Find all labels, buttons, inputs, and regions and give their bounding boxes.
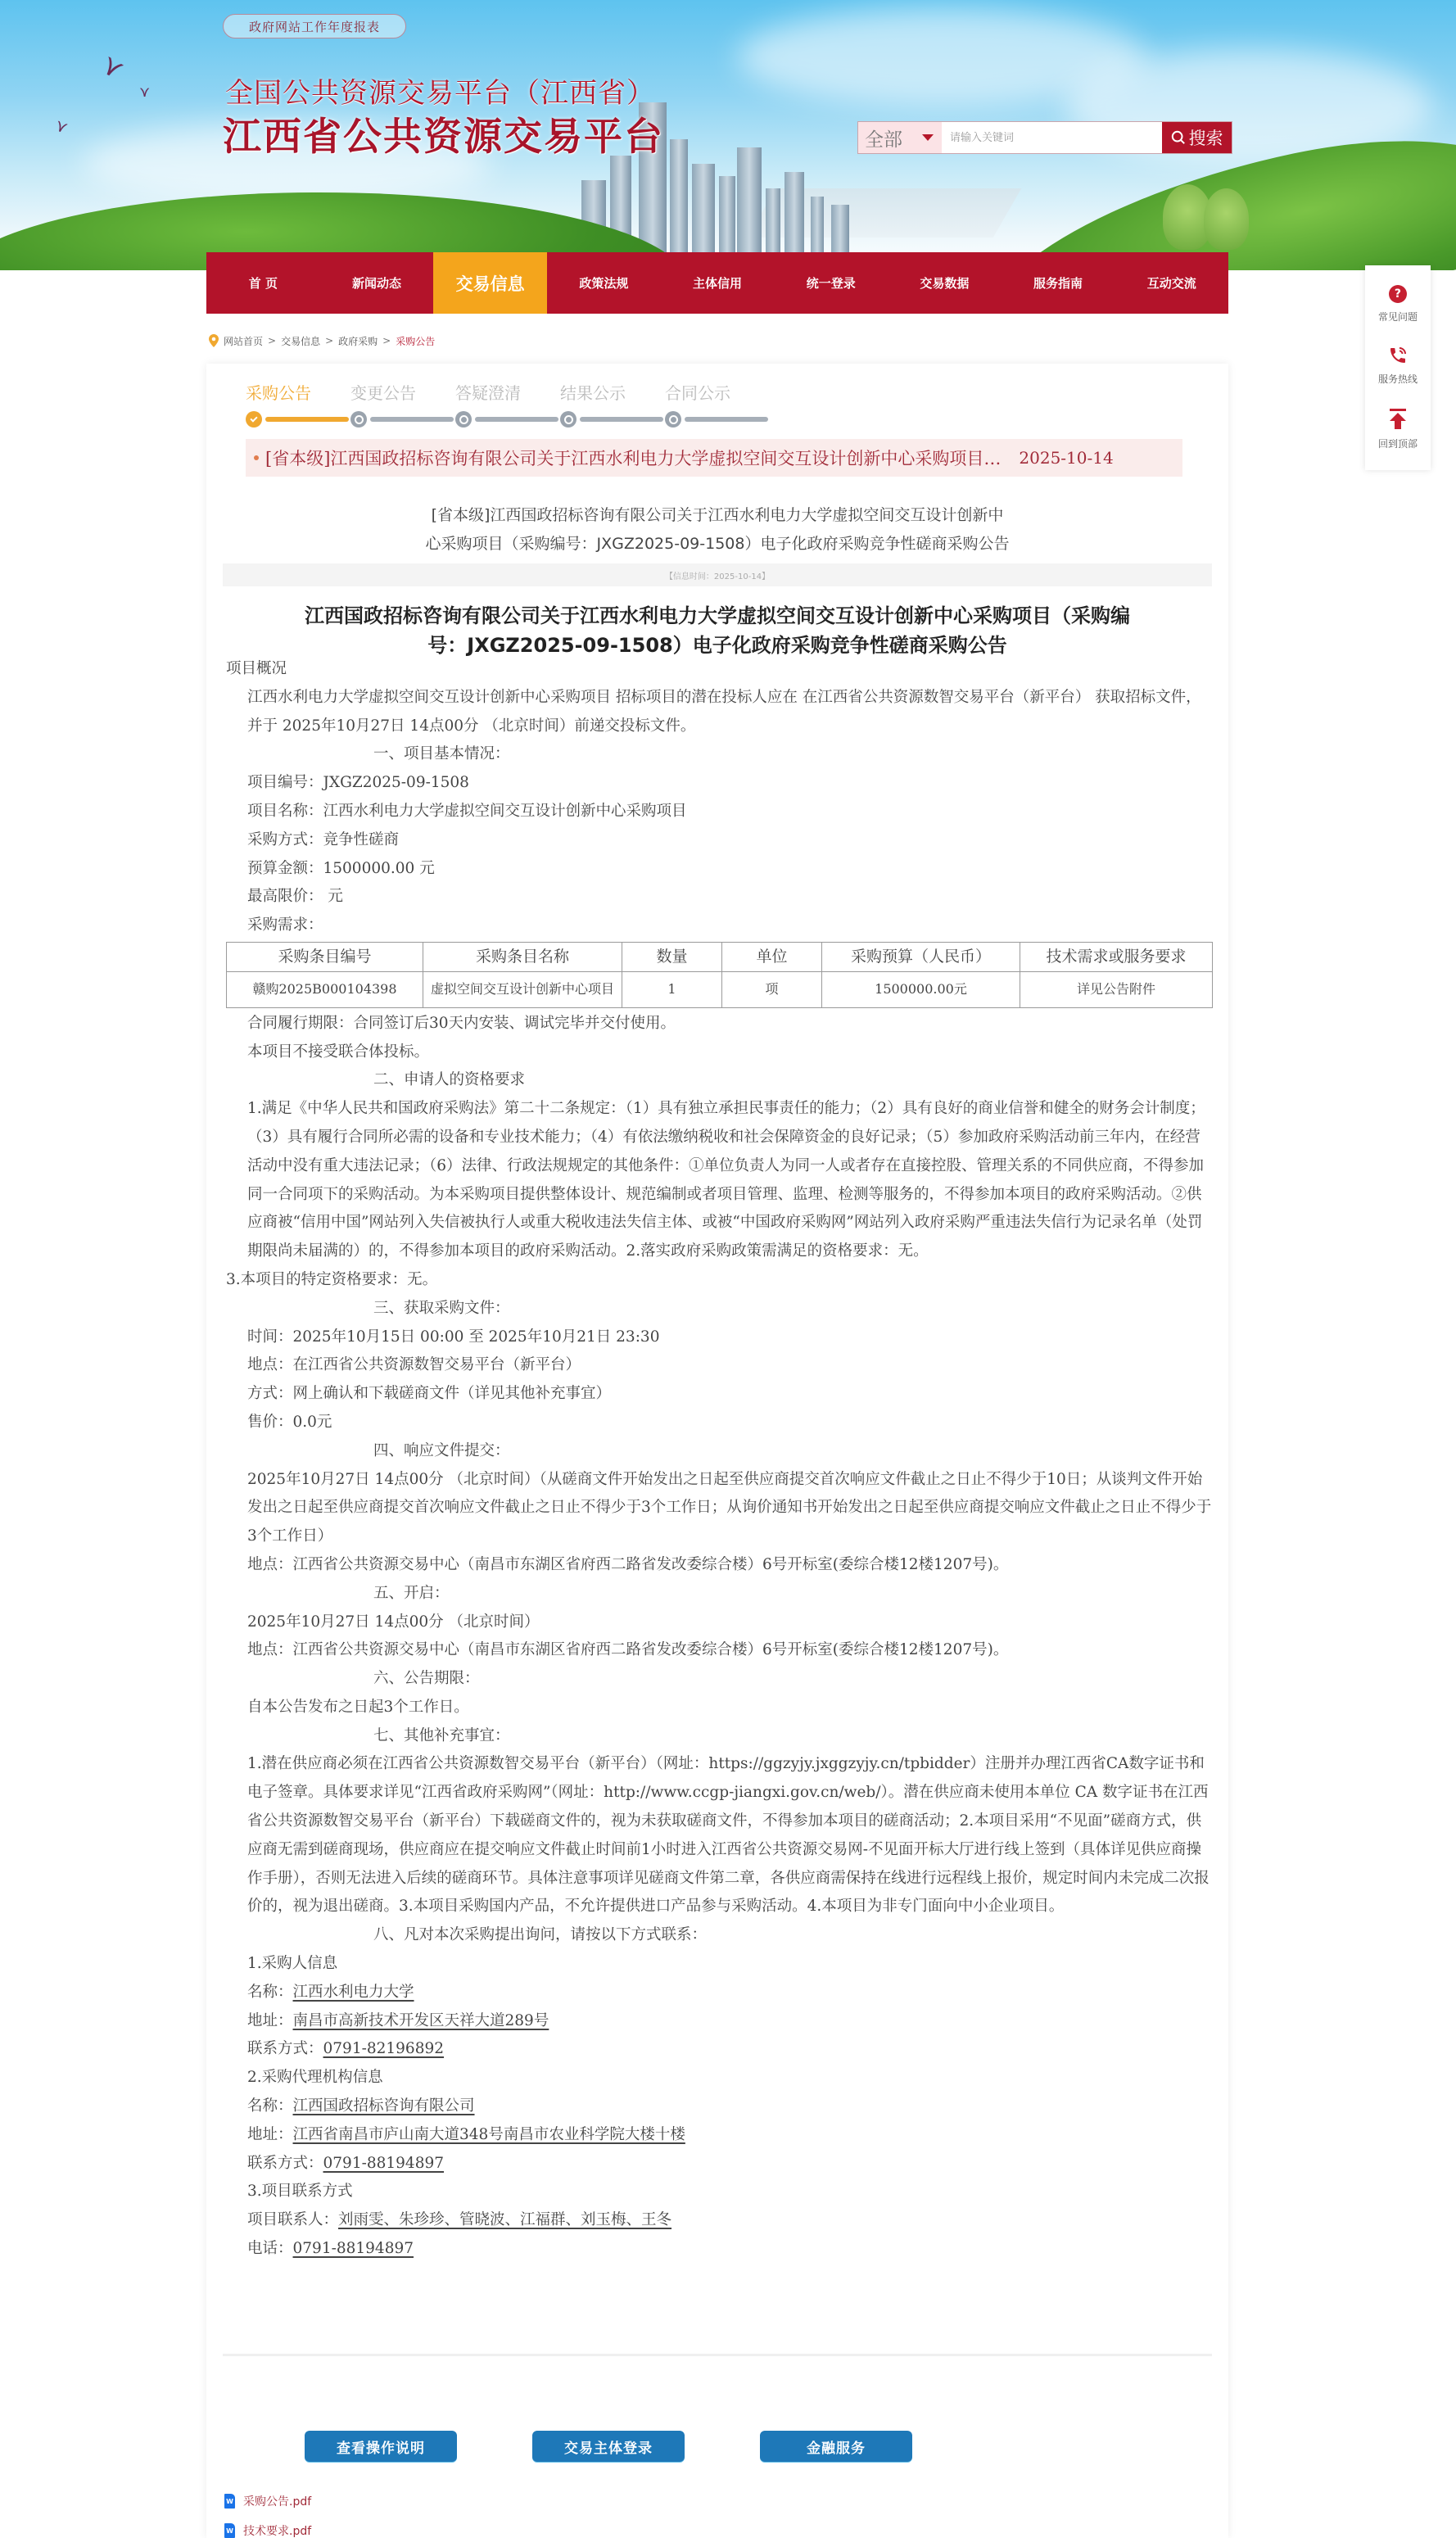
breadcrumb: 网站首页 > 交易信息 > 政府采购 > 采购公告 (209, 332, 435, 350)
word-doc-icon: W (224, 2494, 235, 2509)
section-heading: 一、项目基本情况： (226, 740, 1212, 769)
field-label: 项目联系人： (247, 2211, 338, 2228)
back-to-top-icon (1388, 409, 1408, 430)
section-heading: 二、申请人的资格要求 (226, 1066, 1212, 1095)
purchaser-phone-row: 联系方式：0791-82196892 (226, 2035, 1212, 2064)
circle-icon (455, 411, 472, 428)
site-title-provincial[interactable]: 江西省公共资源交易平台 (223, 106, 664, 161)
notice-body: 项目概况 江西水利电力大学虚拟空间交互设计创新中心采购项目 招标项目的潜在投标人… (226, 655, 1212, 2264)
notice-subtitle: [省本级]江西国政招标咨询有限公司关于江西水利电力大学虚拟空间交互设计创新中 心… (206, 501, 1228, 559)
search-scope-value: 全部 (865, 124, 902, 152)
caret-down-icon (922, 134, 934, 141)
step-progress-bar (370, 417, 454, 422)
announcement-steps: 采购公告 变更公告 答疑澄清 结果公示 合同公示 (246, 380, 770, 429)
table-row: 赣购2025B000104398 虚拟空间交互设计创新中心项目 1 项 1500… (227, 971, 1213, 1007)
step-change-notice[interactable]: 变更公告 (350, 380, 455, 429)
field-label: 名称： (247, 1984, 293, 2001)
column-header: 采购条目编号 (227, 942, 423, 971)
section-heading: 七、其他补充事宜： (226, 1722, 1212, 1751)
nav-item-service-guide[interactable]: 服务指南 (1002, 252, 1115, 314)
circle-icon (560, 411, 577, 428)
agency-name-row: 名称：江西国政招标咨询有限公司 (226, 2092, 1212, 2121)
breadcrumb-home[interactable]: 网站首页 (224, 334, 263, 348)
demand-label: 采购需求： (226, 912, 1212, 940)
step-label: 变更公告 (350, 380, 416, 404)
search-button[interactable]: 搜索 (1162, 122, 1232, 153)
bird-icon: ⋎ (96, 48, 130, 86)
budget-amount: 预算金额：1500000.00 元 (226, 855, 1212, 884)
main-nav: 首 页 新闻动态 交易信息 政策法规 主体信用 统一登录 交易数据 服务指南 互… (206, 252, 1228, 314)
step-result[interactable]: 结果公示 (560, 380, 665, 429)
divider (223, 2354, 1212, 2356)
project-phone-row: 电话：0791-88194897 (226, 2235, 1212, 2264)
attachment-link[interactable]: W 采购公告.pdf (224, 2493, 311, 2509)
step-progress-bar (265, 417, 349, 422)
step-contract[interactable]: 合同公示 (665, 380, 770, 429)
float-label: 服务热线 (1378, 372, 1418, 386)
circle-icon (665, 411, 681, 428)
doc-method: 方式：网上确认和下载磋商文件（详见其他补充事宜） (226, 1380, 1212, 1409)
purchaser-heading: 1.采购人信息 (226, 1950, 1212, 1979)
column-header: 采购条目名称 (423, 942, 622, 971)
field-label: 地址： (247, 2012, 293, 2029)
field-label: 联系方式： (247, 2040, 323, 2057)
hotline-button[interactable]: 服务热线 (1378, 346, 1418, 386)
agency-phone-row: 联系方式：0791-88194897 (226, 2150, 1212, 2178)
purchaser-address-row: 地址：南昌市高新技术开发区天祥大道289号 (226, 2007, 1212, 2036)
qualification-text: 1.满足《中华人民共和国政府采购法》第二十二条规定：（1）具有独立承担民事责任的… (226, 1095, 1212, 1266)
financial-services-button[interactable]: 金融服务 (760, 2431, 912, 2462)
breadcrumb-separator: > (382, 335, 391, 346)
nav-item-trade-info[interactable]: 交易信息 (433, 252, 547, 314)
header-banner: ⋎ ⋎ ⋎ 政府网站工作年度报表 全国公共资源交易平台（江西省） 江西省公共资源… (0, 0, 1456, 270)
column-header: 采购预算（人民币） (822, 942, 1020, 971)
nav-item-interaction[interactable]: 互动交流 (1115, 252, 1228, 314)
table-header-row: 采购条目编号 采购条目名称 数量 单位 采购预算（人民币） 技术需求或服务要求 (227, 942, 1213, 971)
section-heading: 六、公告期限： (226, 1665, 1212, 1694)
item-quantity: 1 (622, 971, 722, 1007)
submission-text: 2025年10月27日 14点00分 （北京时间）（从磋商文件开始发出之日起至供… (226, 1466, 1212, 1551)
item-number: 赣购2025B000104398 (227, 971, 423, 1007)
notice-period: 自本公告发布之日起3个工作日。 (226, 1694, 1212, 1722)
bird-icon: ⋎ (52, 115, 70, 138)
doc-time: 时间：2025年10月15日 00:00 至 2025年10月21日 23:30 (226, 1323, 1212, 1352)
bullet-icon (254, 455, 259, 460)
doc-price: 售价：0.0元 (226, 1409, 1212, 1437)
check-icon (246, 411, 262, 428)
submission-place: 地点：江西省公共资源交易中心（南昌市东湖区省府西二路省发改委综合楼）6号开标室(… (226, 1551, 1212, 1580)
nav-item-home[interactable]: 首 页 (206, 252, 320, 314)
attachment-link[interactable]: W 技术要求.pdf (224, 2522, 311, 2538)
purchaser-address[interactable]: 南昌市高新技术开发区天祥大道289号 (293, 2012, 549, 2029)
search-input[interactable] (942, 122, 1162, 153)
agency-address[interactable]: 江西省南昌市庐山南大道348号南昌市农业科学院大楼十楼 (293, 2126, 685, 2143)
floating-toolbar: ? 常见问题 服务热线 回到顶部 (1365, 265, 1431, 470)
section-heading: 四、响应文件提交： (226, 1437, 1212, 1466)
site-title-national: 全国公共资源交易平台（江西省） (225, 70, 655, 111)
nav-item-policy[interactable]: 政策法规 (547, 252, 661, 314)
step-label: 答疑澄清 (455, 380, 521, 404)
nav-item-login[interactable]: 统一登录 (774, 252, 888, 314)
project-number: 项目编号：JXGZ2025-09-1508 (226, 769, 1212, 798)
breadcrumb-separator: > (325, 335, 333, 346)
entity-login-button[interactable]: 交易主体登录 (532, 2431, 685, 2462)
search-scope-dropdown[interactable]: 全部 (858, 122, 942, 153)
float-label: 回到顶部 (1378, 437, 1418, 450)
agency-phone[interactable]: 0791-88194897 (323, 2155, 445, 2172)
step-procurement-notice[interactable]: 采购公告 (246, 380, 350, 429)
section-heading: 三、获取采购文件： (226, 1295, 1212, 1323)
search-button-label: 搜索 (1189, 125, 1223, 150)
breadcrumb-trade-info[interactable]: 交易信息 (281, 334, 320, 348)
step-clarification[interactable]: 答疑澄清 (455, 380, 560, 429)
agency-heading: 2.采购代理机构信息 (226, 2064, 1212, 2092)
title-line: 江西国政招标咨询有限公司关于江西水利电力大学虚拟空间交互设计创新中心采购项目（采… (221, 601, 1214, 631)
item-name: 虚拟空间交互设计创新中心项目 (423, 971, 622, 1007)
column-header: 单位 (722, 942, 822, 971)
float-label: 常见问题 (1378, 310, 1418, 323)
breadcrumb-gov-procurement[interactable]: 政府采购 (338, 334, 378, 348)
subtitle-line: 心采购项目（采购编号：JXGZ2025-09-1508）电子化政府采购竞争性磋商… (206, 530, 1228, 559)
field-label: 联系方式： (247, 2155, 323, 2172)
project-contact-row: 项目联系人：刘雨雯、朱珍珍、管晓波、江福群、刘玉梅、王冬 (226, 2206, 1212, 2235)
attachment-name: 技术要求.pdf (243, 2522, 311, 2538)
overview-label: 项目概况 (226, 655, 1212, 684)
phone-icon (1388, 346, 1408, 365)
step-label: 合同公示 (665, 380, 730, 404)
subtitle-line: [省本级]江西国政招标咨询有限公司关于江西水利电力大学虚拟空间交互设计创新中 (206, 501, 1228, 530)
qualification-text-2: 3.本项目的特定资格要求：无。 (226, 1266, 1212, 1295)
contract-period: 合同履行期限：合同签订后30天内安装、调试完毕并交付使用。 (226, 1010, 1212, 1038)
no-consortium: 本项目不接受联合体投标。 (226, 1038, 1212, 1067)
max-price: 最高限价： 元 (226, 883, 1212, 912)
project-contact-heading: 3.项目联系方式 (226, 2178, 1212, 2206)
field-label: 电话： (247, 2240, 293, 2257)
field-label: 地址： (247, 2126, 293, 2143)
item-budget: 1500000.00元 (822, 971, 1020, 1007)
opening-place: 地点：江西省公共资源交易中心（南昌市东湖区省府西二路省发改委综合楼）6号开标室(… (226, 1636, 1212, 1665)
purchaser-name[interactable]: 江西水利电力大学 (293, 1984, 414, 2001)
annual-report-button[interactable]: 政府网站工作年度报表 (223, 14, 406, 38)
project-phone[interactable]: 0791-88194897 (293, 2240, 414, 2257)
doc-place: 地点：在江西省公共资源数智交易平台（新平台） (226, 1351, 1212, 1380)
opening-time: 2025年10月27日 14点00分 （北京时间） (226, 1608, 1212, 1637)
info-time: 【信息时间：2025-10-14】 (223, 563, 1212, 586)
nav-item-news[interactable]: 新闻动态 (320, 252, 434, 314)
search-bar: 全部 搜索 (857, 121, 1232, 154)
project-name: 项目名称：江西水利电力大学虚拟空间交互设计创新中心采购项目 (226, 798, 1212, 826)
procurement-method: 采购方式：竞争性磋商 (226, 826, 1212, 855)
content-card: 采购公告 变更公告 答疑澄清 结果公示 合同公示 [省本级]江西国政招标咨询有限… (206, 364, 1228, 2538)
step-progress-bar (685, 417, 768, 422)
column-header: 数量 (622, 942, 722, 971)
back-to-top-button[interactable]: 回到顶部 (1378, 409, 1418, 450)
circle-icon (350, 411, 367, 428)
step-progress-bar (580, 417, 663, 422)
purchaser-name-row: 名称：江西水利电力大学 (226, 1979, 1212, 2007)
location-pin-icon (209, 334, 219, 347)
step-label: 结果公示 (560, 380, 626, 404)
attachment-name: 采购公告.pdf (243, 2493, 311, 2509)
field-label: 名称： (247, 2097, 293, 2115)
procurement-items-table: 采购条目编号 采购条目名称 数量 单位 采购预算（人民币） 技术需求或服务要求 … (226, 942, 1213, 1008)
bird-icon: ⋎ (139, 84, 150, 101)
supplementary-text: 1.潜在供应商必须在江西省公共资源数智交易平台（新平台）（网址：https://… (226, 1750, 1212, 1921)
view-instructions-button[interactable]: 查看操作说明 (305, 2431, 457, 2462)
column-header: 技术需求或服务要求 (1020, 942, 1213, 971)
breadcrumb-current: 采购公告 (396, 334, 435, 348)
nav-item-trade-data[interactable]: 交易数据 (888, 252, 1002, 314)
overview-text: 江西水利电力大学虚拟空间交互设计创新中心采购项目 招标项目的潜在投标人应在 在江… (226, 684, 1212, 741)
faq-button[interactable]: ? 常见问题 (1378, 285, 1418, 323)
notice-date: 2025-10-14 (1019, 448, 1113, 468)
question-icon: ? (1389, 285, 1407, 303)
section-heading: 八、凡对本次采购提出询问，请按以下方式联系： (226, 1921, 1212, 1950)
search-icon (1171, 130, 1186, 145)
purchaser-phone[interactable]: 0791-82196892 (323, 2040, 445, 2057)
nav-item-credit[interactable]: 主体信用 (661, 252, 775, 314)
step-label: 采购公告 (246, 380, 311, 404)
agency-name[interactable]: 江西国政招标咨询有限公司 (293, 2097, 475, 2115)
project-contacts[interactable]: 刘雨雯、朱珍珍、管晓波、江福群、刘玉梅、王冬 (338, 2211, 671, 2228)
page-title: 江西国政招标咨询有限公司关于江西水利电力大学虚拟空间交互设计创新中心采购项目（采… (221, 601, 1214, 660)
highlighted-notice-link[interactable]: [省本级]江西国政招标咨询有限公司关于江西水利电力大学虚拟空间交互设计创新中心采… (246, 439, 1182, 477)
agency-address-row: 地址：江西省南昌市庐山南大道348号南昌市农业科学院大楼十楼 (226, 2121, 1212, 2150)
section-heading: 五、开启： (226, 1580, 1212, 1608)
word-doc-icon: W (224, 2523, 235, 2538)
breadcrumb-separator: > (268, 335, 276, 346)
step-progress-bar (475, 417, 558, 422)
notice-title: [省本级]江西国政招标咨询有限公司关于江西水利电力大学虚拟空间交互设计创新中心采… (265, 446, 1001, 470)
item-unit: 项 (722, 971, 822, 1007)
tree-decoration (1204, 188, 1249, 250)
item-requirements: 详见公告附件 (1020, 971, 1213, 1007)
action-buttons: 查看操作说明 交易主体登录 金融服务 (305, 2431, 912, 2462)
